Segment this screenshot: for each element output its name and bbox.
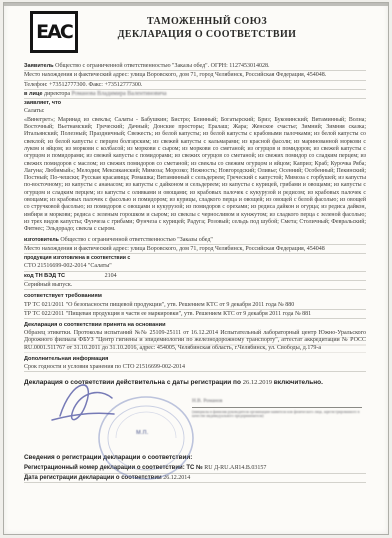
registration-date-value: 26.12.2014 (163, 475, 190, 481)
standard-value: СТО 21516699-002-2014 "Салаты" (24, 263, 112, 269)
registration-number-label: Регистрационный номер декларации о соотв… (24, 465, 203, 471)
manufacturer-value: Общество с ограниченной ответственностью… (60, 237, 213, 243)
compliance-heading: соответствует требованиям (24, 293, 102, 299)
applicant-label: Заявитель (24, 63, 54, 69)
applicant-phone-line: Телефон: +73512777300. Факс: +7351277730… (24, 81, 366, 90)
eac-mark-logo: ЕАС (30, 11, 78, 53)
applicant-address: Место нахождения и фактический адрес: ул… (24, 72, 326, 78)
scanned-declaration-page: ЕАС ТАМОЖЕННЫЙ СОЮЗ ДЕКЛАРАЦИЯ О СООТВЕТ… (3, 2, 389, 535)
signature-rule (192, 406, 362, 408)
registration-number-line: Регистрационный номер декларации о соотв… (24, 464, 366, 473)
compliance-line-1: ТР ТС 021/2011 "О безопасности пищевой п… (24, 301, 366, 310)
registration-date-line: Дата регистрации декларации о соответств… (24, 474, 366, 483)
registration-date-label: Дата регистрации декларации о соответств… (24, 475, 162, 481)
applicant-address-line: Место нахождения и фактический адрес: ул… (24, 71, 366, 80)
registration-number-value: RU Д-RU.АЯ14.В.03157 (204, 465, 266, 471)
tnved-code-label: код ТН ВЭД ТС (24, 273, 65, 279)
product-intro-line: Салаты: (24, 107, 366, 115)
tr-ts-022: ТР ТС 022/2011 "Пищевая продукция в част… (24, 311, 311, 317)
additional-heading-line: Дополнительная информация (24, 355, 366, 363)
declares-line: заявляет, что (24, 99, 366, 107)
title-declaration: ДЕКЛАРАЦИЯ О СООТВЕТСТВИИ (78, 28, 336, 41)
made-in-accordance-label: продукция изготовлена в соответствии с (24, 255, 130, 261)
additional-text-line: Срок годности и условия хранения по СТО … (24, 363, 366, 372)
manufacturer-address-line: Место нахождения и фактический адрес: ул… (24, 245, 366, 254)
serial-release-line: Серийный выпуск. (24, 281, 366, 290)
signatory-block: Н.В. Романов (инициалы и фамилия руковод… (192, 398, 362, 419)
paper: ЕАС ТАМОЖЕННЫЙ СОЮЗ ДЕКЛАРАЦИЯ О СООТВЕТ… (4, 3, 388, 534)
standard-line: СТО 21516699-002-2014 "Салаты" (24, 262, 366, 271)
applicant-line: Заявитель Общество с ограниченной ответс… (24, 62, 366, 71)
basis-heading: Декларация о соответствии принята на осн… (24, 322, 166, 328)
validity-line: Декларация о соответствии действительна … (24, 379, 366, 386)
in-person-role: директора (44, 91, 70, 97)
serial-release: Серийный выпуск. (24, 282, 72, 288)
title-customs-union: ТАМОЖЕННЫЙ СОЮЗ (78, 15, 336, 28)
tnved-code-line: код ТН ВЭД ТС 2104 (24, 272, 366, 281)
additional-heading: Дополнительная информация (24, 356, 108, 362)
applicant-value: Общество с ограниченной ответственностью… (55, 63, 269, 69)
tr-ts-021: ТР ТС 021/2011 "О безопасности пищевой п… (24, 302, 294, 308)
made-in-accordance-line: продукция изготовлена в соответствии с (24, 254, 366, 262)
in-person-label: в лице (24, 91, 43, 97)
manufacturer-line: изготовитель Общество с ограниченной отв… (24, 236, 366, 245)
validity-suffix: включительно. (274, 379, 323, 386)
in-person-line: в лице директора Романова Владимира Вале… (24, 90, 366, 99)
signatory-name-redacted: Н.В. Романов (192, 398, 362, 405)
product-list: «Винегрет»; Маринад из свеклы; Салаты - … (24, 117, 366, 234)
document-header: ЕАС ТАМОЖЕННЫЙ СОЮЗ ДЕКЛАРАЦИЯ О СООТВЕТ… (24, 11, 366, 53)
declares-label: заявляет, что (24, 100, 61, 106)
basis-heading-line: Декларация о соответствии принята на осн… (24, 321, 366, 329)
signatory-caption: (инициалы и фамилия руководителя организ… (192, 410, 362, 419)
compliance-line-2: ТР ТС 022/2011 "Пищевая продукция в част… (24, 310, 366, 319)
manufacturer-address: Место нахождения и фактический адрес: ул… (24, 246, 325, 252)
registration-heading: Сведения о регистрации декларации о соот… (24, 454, 366, 461)
basis-text: Образец этикетки. Протоколы испытаний №№… (24, 330, 366, 353)
validity-prefix: Декларация о соответствии действительна … (24, 379, 241, 386)
product-intro: Салаты: (24, 108, 45, 114)
signature-zone: м.п. Н.В. Романов (инициалы и фамилия ру… (24, 386, 366, 448)
compliance-heading-line: соответствует требованиям (24, 292, 366, 300)
eac-logo-text: ЕАС (36, 21, 72, 43)
tnved-code-value: 2104 (105, 272, 117, 280)
manufacturer-label: изготовитель (24, 237, 59, 243)
director-name-redacted: Романова Владимира Валентиновича (72, 91, 167, 97)
title-block: ТАМОЖЕННЫЙ СОЮЗ ДЕКЛАРАЦИЯ О СООТВЕТСТВИ… (78, 11, 366, 41)
additional-text: Срок годности и условия хранения по СТО … (24, 364, 185, 370)
applicant-phone: Телефон: +73512777300. Факс: +7351277730… (24, 82, 142, 88)
stamp-inner-text: м.п. (136, 429, 149, 436)
handwritten-signature-icon (52, 385, 114, 420)
validity-date: 26.12.2019 (243, 379, 272, 386)
